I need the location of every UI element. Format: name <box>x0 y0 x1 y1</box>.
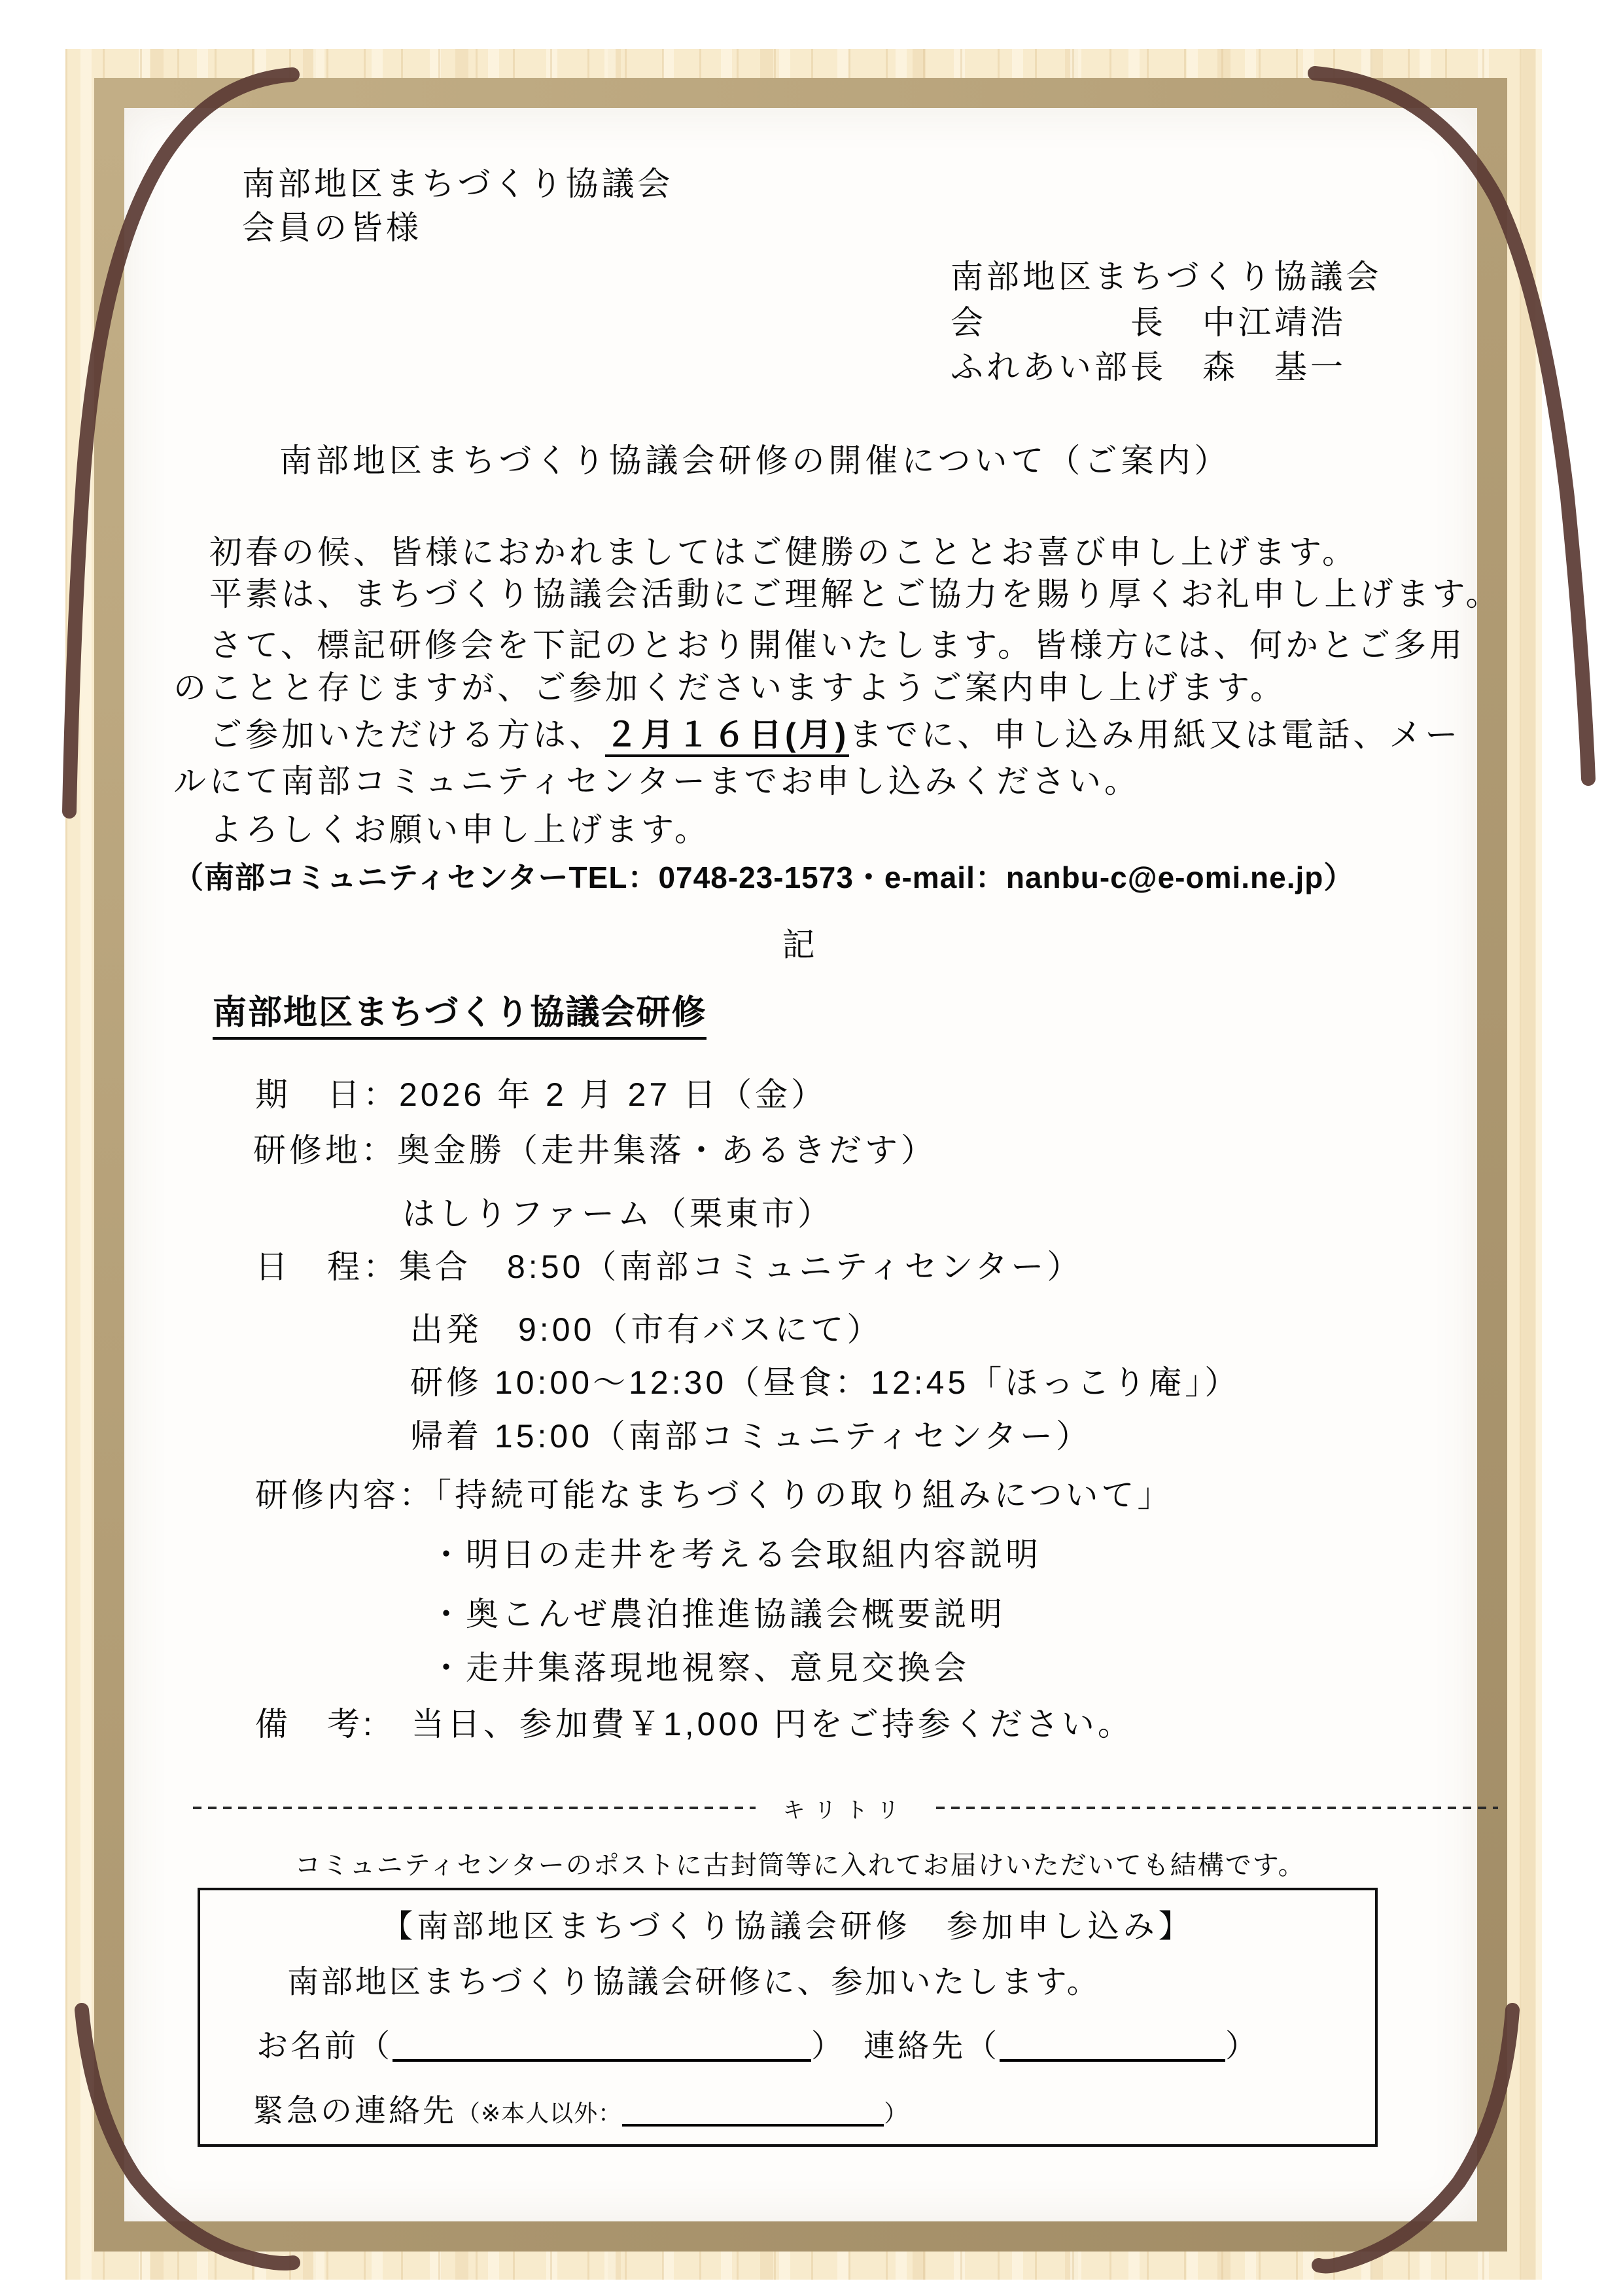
dropoff-notice: コミュニティセンターのポストに古封筒等に入れてお届けいただいても結構です。 <box>124 1846 1476 1884</box>
name-field-label: お名前（ <box>256 2029 393 2064</box>
body-line-6: ルにて南部コミュニティセンターまでお申し込みください。 <box>173 762 1140 800</box>
emergency-blank-field <box>622 2096 884 2127</box>
form-emergency-row: 緊急の連絡先（※本人以外：） <box>253 2093 908 2132</box>
sender-dept-head: ふれあい部長 森 基一 <box>951 348 1346 386</box>
detail-content-item-3: ・走井集落現地視察、意見交換会 <box>430 1649 969 1687</box>
form-heading: 【南部地区まちづくり協議会研修 参加申し込み】 <box>200 1909 1375 1945</box>
addressee-org: 南部地区まちづくり協議会 <box>242 165 674 203</box>
emergency-field-note: （※本人以外： <box>457 2100 622 2127</box>
body-line-5: ご参加いただける方は、２月１６日(月)までに、申し込み用紙又は電話、メー <box>173 716 1461 754</box>
application-form-box: 【南部地区まちづくり協議会研修 参加申し込み】 南部地区まちづくり協議会研修に、… <box>198 1888 1378 2147</box>
detail-content-item-1: ・明日の走井を考える会取組内容説明 <box>430 1536 1041 1574</box>
detail-schedule-meet: 日 程：集合 8:50（南部コミュニティセンター） <box>255 1248 1083 1286</box>
cut-line: キリトリ <box>193 1790 1498 1826</box>
contact-field-close: ） <box>1225 2029 1259 2064</box>
name-blank-field <box>393 2032 811 2062</box>
contact-field-label: ） 連絡先（ <box>811 2029 1000 2064</box>
ki-marker: 記 <box>124 926 1476 964</box>
document-title: 南部地区まちづくり協議会研修の開催について（ご案内） <box>279 442 1231 480</box>
section-heading: 南部地区まちづくり協議会研修 <box>213 994 707 1040</box>
detail-content-item-2: ・奥こんぜ農泊推進協議会概要説明 <box>430 1595 1005 1633</box>
body-line-7: よろしくお願い申し上げます。 <box>173 811 710 849</box>
detail-note: 備 考: 当日、参加費￥1,000 円をご持参ください。 <box>255 1705 1134 1743</box>
detail-content: 研修内容：「持続可能なまちづくりの取り組みについて」 <box>255 1476 1174 1514</box>
cut-line-dash-left <box>193 1807 756 1809</box>
contact-blank-field <box>1000 2032 1225 2062</box>
deadline-pre: ご参加いただける方は、 <box>173 716 605 753</box>
deadline-post: までに、申し込み用紙又は電話、メー <box>849 716 1461 753</box>
emergency-field-close: ） <box>884 2100 908 2127</box>
sender-org: 南部地区まちづくり協議会 <box>951 258 1382 296</box>
body-line-2: 平素は、まちづくり協議会活動にご理解とご協力を賜り厚くお礼申し上げます。 <box>173 575 1502 613</box>
document-page: { "doc": { "header_left": { "line1": "南部… <box>0 0 1623 2296</box>
cut-line-dash-right <box>936 1807 1499 1809</box>
emergency-field-label: 緊急の連絡先 <box>253 2094 457 2128</box>
detail-schedule-return: 帰着 15:00（南部コミュニティセンター） <box>410 1417 1092 1455</box>
detail-schedule-training: 研修 10:00〜12:30（昼食：12:45「ほっこり庵」） <box>410 1364 1240 1402</box>
detail-place: 研修地：奥金勝（走井集落・あるきだす） <box>253 1131 937 1169</box>
form-sentence: 南部地区まちづくり協議会研修に、参加いたします。 <box>287 1964 1101 2001</box>
addressee-members: 会員の皆様 <box>242 209 422 247</box>
detail-date: 期 日：2026 年 2 月 27 日（金） <box>255 1076 827 1114</box>
cut-line-label: キリトリ <box>756 1792 936 1824</box>
body-line-3: さて、標記研修会を下記のとおり開催いたします。皆様方には、何かとご多用 <box>173 626 1465 664</box>
body-line-1: 初春の候、皆様におかれましてはご健勝のこととお喜び申し上げます。 <box>173 533 1358 571</box>
detail-place-2: はしりファーム（栗東市） <box>402 1195 833 1233</box>
form-name-contact-row: お名前（） 連絡先（） <box>256 2028 1259 2065</box>
detail-schedule-depart: 出発 9:00（市有バスにて） <box>410 1311 882 1349</box>
body-line-4: のことと存じますが、ご参加くださいますようご案内申し上げます。 <box>173 669 1286 707</box>
contact-tel-email-line: （南部コミュニティセンターTEL：0748-23-1573・e-mail：nan… <box>173 858 1354 896</box>
deadline-date: ２月１６日(月) <box>605 716 849 757</box>
sender-chairman: 会 長 中江靖浩 <box>951 304 1346 342</box>
